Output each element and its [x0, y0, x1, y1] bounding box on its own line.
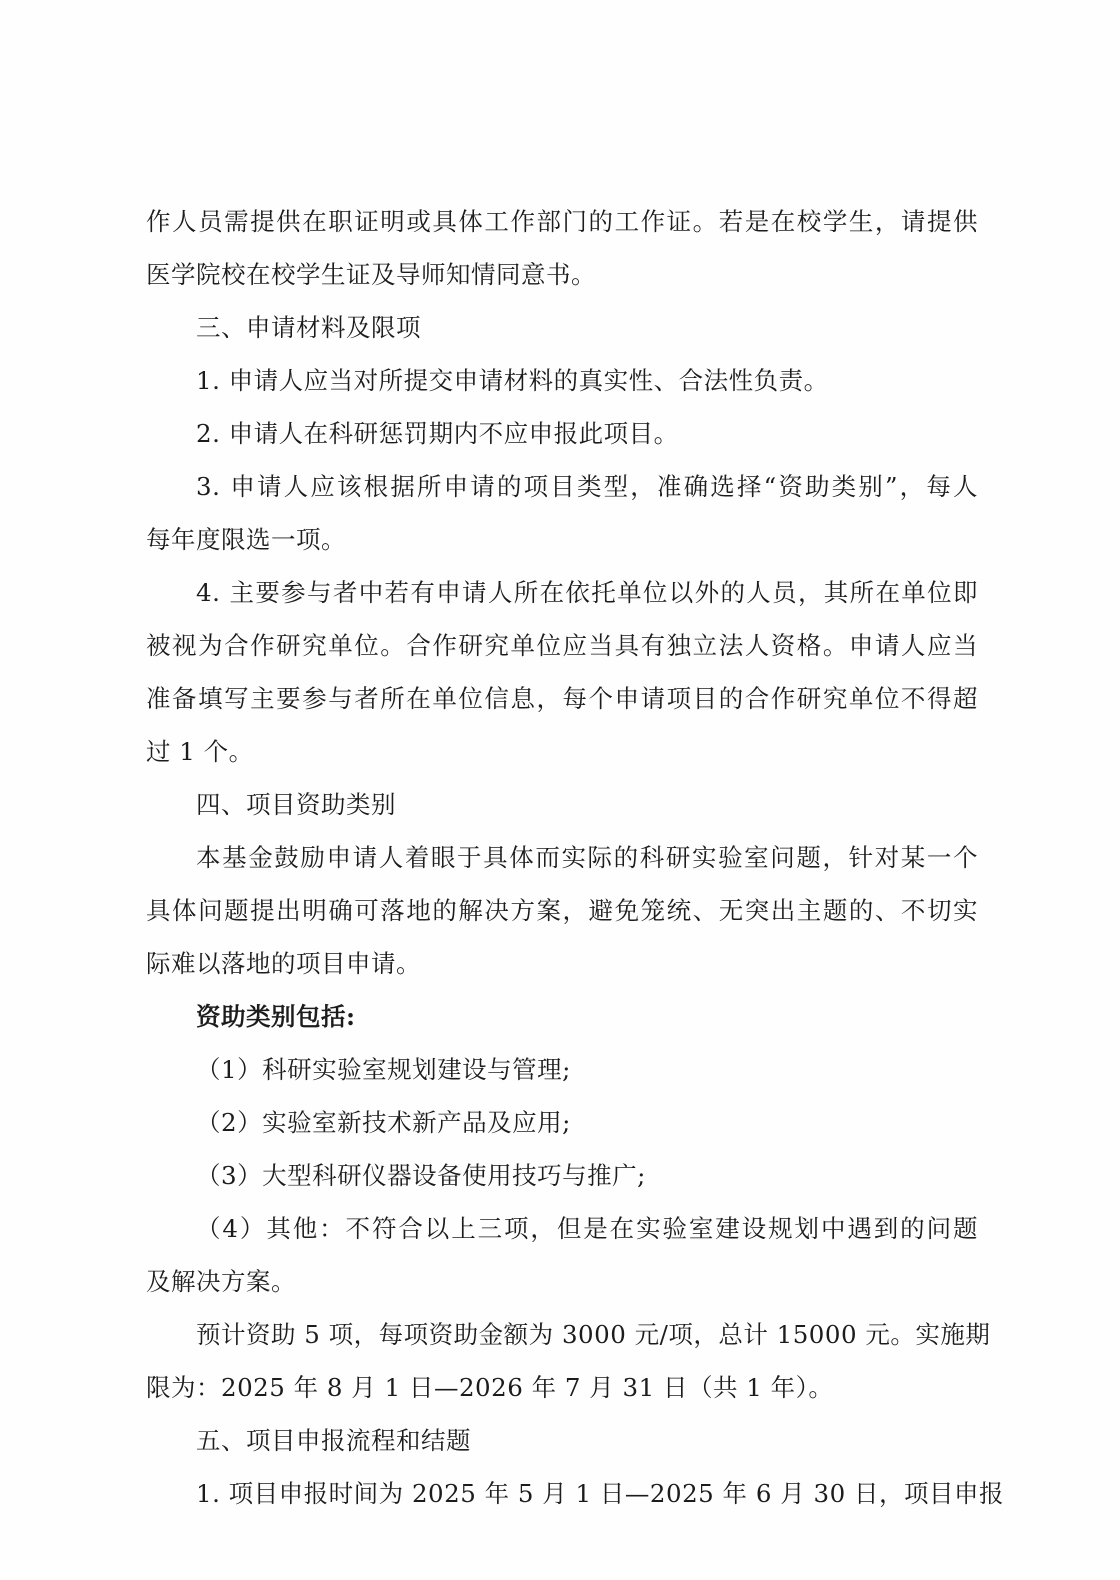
- paragraph-line-staff-proof: 作人员需提供在职证明或具体工作部门的工作证。若是在校学生，请提供: [146, 205, 978, 239]
- rule-item-3-continued: 每年度限选一项。: [146, 523, 346, 557]
- category-item-3: （3）大型科研仪器设备使用技巧与推广;: [196, 1159, 646, 1193]
- funding-categories-label: 资助类别包括:: [196, 1000, 356, 1034]
- rule-item-3: 3. 申请人应该根据所申请的项目类型，准确选择“资助类别”，每人: [196, 470, 978, 504]
- funding-intro-line-2: 具体问题提出明确可落地的解决方案，避免笼统、无突出主题的、不切实: [146, 894, 978, 928]
- funding-amount-line-2: 限为：2025 年 8 月 1 日—2026 年 7 月 31 日（共 1 年）…: [146, 1371, 833, 1405]
- funding-intro-line-1: 本基金鼓励申请人着眼于具体而实际的科研实验室问题，针对某一个: [196, 841, 978, 875]
- document-page: 作人员需提供在职证明或具体工作部门的工作证。若是在校学生，请提供 医学院校在校学…: [0, 0, 1120, 1580]
- category-item-4-continued: 及解决方案。: [146, 1265, 296, 1299]
- process-item-1: 1. 项目申报时间为 2025 年 5 月 1 日—2025 年 6 月 30 …: [196, 1477, 978, 1511]
- rule-item-4-line-2: 被视为合作研究单位。合作研究单位应当具有独立法人资格。申请人应当: [146, 629, 978, 663]
- rule-item-4: 4. 主要参与者中若有申请人所在依托单位以外的人员，其所在单位即: [196, 576, 978, 610]
- category-item-1: （1）科研实验室规划建设与管理;: [196, 1053, 571, 1087]
- rule-item-2: 2. 申请人在科研惩罚期内不应申报此项目。: [196, 417, 679, 451]
- paragraph-line-student-proof: 医学院校在校学生证及导师知情同意书。: [146, 258, 596, 292]
- category-item-2: （2）实验室新技术新产品及应用;: [196, 1106, 571, 1140]
- rule-item-4-line-3: 准备填写主要参与者所在单位信息，每个申请项目的合作研究单位不得超: [146, 682, 978, 716]
- funding-intro-line-3: 际难以落地的项目申请。: [146, 947, 421, 981]
- section-heading-application-process: 五、项目申报流程和结题: [196, 1424, 471, 1458]
- category-item-4: （4）其他：不符合以上三项，但是在实验室建设规划中遇到的问题: [196, 1212, 978, 1246]
- section-heading-application-materials: 三、申请材料及限项: [196, 311, 421, 345]
- rule-item-1: 1. 申请人应当对所提交申请材料的真实性、合法性负责。: [196, 364, 829, 398]
- section-heading-funding-categories: 四、项目资助类别: [196, 788, 396, 822]
- rule-item-4-line-4: 过 1 个。: [146, 735, 254, 769]
- funding-amount-line-1: 预计资助 5 项，每项资助金额为 3000 元/项，总计 15000 元。实施期: [196, 1318, 978, 1352]
